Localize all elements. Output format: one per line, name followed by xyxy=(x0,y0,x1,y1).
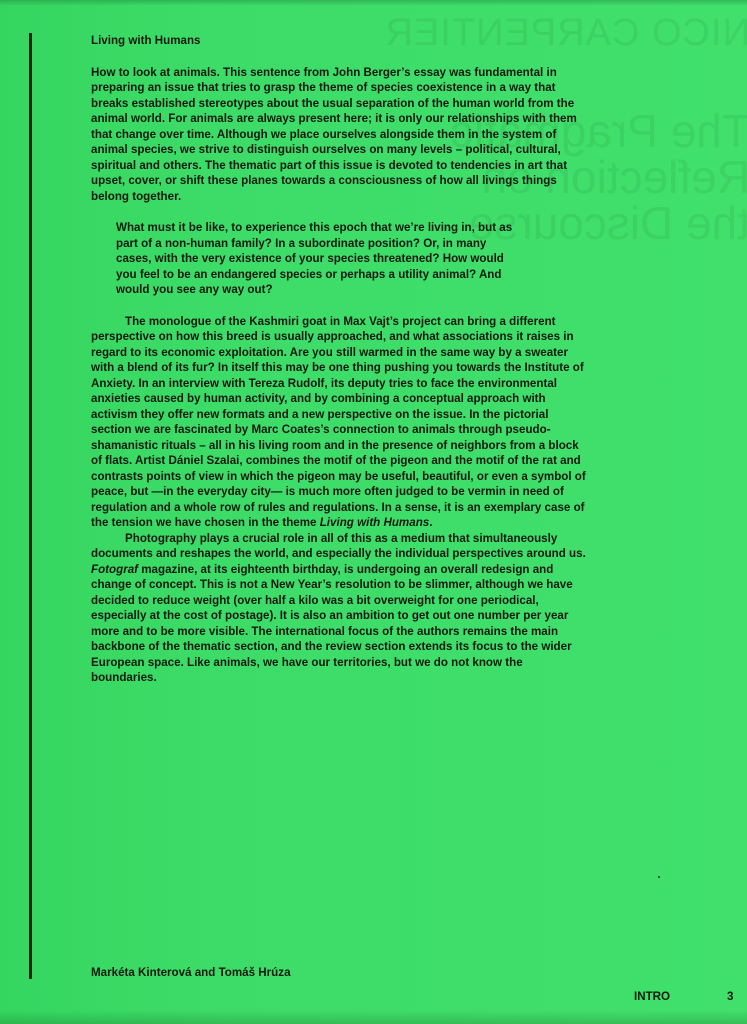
vertical-rule xyxy=(29,33,32,979)
print-speck xyxy=(658,876,660,878)
paragraph-photography-start: Photography plays a crucial role in all … xyxy=(91,532,586,561)
page-number: 3 xyxy=(727,990,733,1003)
section-label: INTRO xyxy=(634,990,670,1003)
author-credit: Markéta Kinterová and Tomáš Hrúza xyxy=(91,966,291,979)
paragraph-projects-end: . xyxy=(429,516,432,529)
page-edge-shadow xyxy=(0,1010,747,1024)
block-quote: What must it be like, to experience this… xyxy=(116,220,516,298)
intro-paragraph: How to look at animals. This sentence fr… xyxy=(91,65,591,205)
paragraph-photography-rest: magazine, at its eighteenth birthday, is… xyxy=(91,563,573,685)
paragraph-projects: The monologue of the Kashmiri goat in Ma… xyxy=(91,314,591,531)
paragraph-projects-text: The monologue of the Kashmiri goat in Ma… xyxy=(91,315,586,530)
magazine-name-italic: Fotograf xyxy=(91,563,138,576)
paragraph-photography: Photography plays a crucial role in all … xyxy=(91,531,591,686)
article-body: Living with Humans How to look at animal… xyxy=(91,33,591,686)
article-title: Living with Humans xyxy=(91,33,591,49)
theme-title-italic: Living with Humans xyxy=(320,516,430,529)
